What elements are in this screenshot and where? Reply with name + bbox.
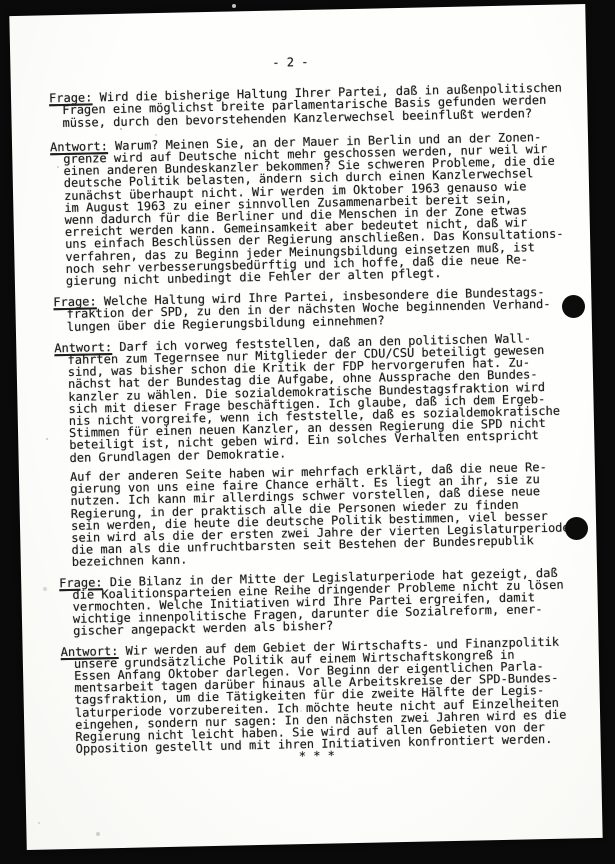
answer-text: Darf ich vorweg feststellen, daß an den …: [67, 331, 560, 465]
question-text: Welche Haltung wird Ihre Partei, insbeso…: [66, 285, 550, 333]
question-block-2: Frage: Welche Haltung wird Ihre Partei, …: [53, 285, 582, 333]
question-text: Die Bilanz in der Mitte der Legislaturpe…: [72, 565, 563, 638]
question-block-1: Frage: Wird die bisherige Haltung Ihrer …: [49, 81, 578, 129]
page-number: - 2 -: [26, 51, 554, 74]
question-block-3: Frage: Die Bilanz in der Mitte der Legis…: [59, 566, 588, 638]
answer-text: Auf der anderen Seite haben wir mehrfach…: [70, 460, 577, 569]
answer-block-3: Antwort: Wir werden auf dem Gebiet der W…: [61, 635, 591, 756]
scan-noise-specks: [0, 0, 2, 2]
scanned-page: - 2 - Frage: Wird die bisherige Haltung …: [9, 4, 602, 850]
punch-hole-mark: [565, 517, 588, 540]
answer-text: Wir werden auf dem Gebiet der Wirtschaft…: [74, 634, 567, 756]
question-text: Wird die bisherige Haltung Ihrer Partei,…: [62, 81, 562, 130]
answer-block-1: Antwort: Warum? Meinen Sie, an der Mauer…: [50, 130, 581, 287]
punch-hole-mark: [562, 295, 585, 318]
answer-block-2-continued: Auf der anderen Seite haben wir mehrfach…: [57, 460, 587, 569]
answer-block-2: Antwort: Darf ich vorweg feststellen, da…: [54, 331, 584, 464]
scan-frame: - 2 - Frage: Wird die bisherige Haltung …: [0, 0, 615, 864]
answer-text: Warum? Meinen Sie, an der Mauer in Berli…: [63, 130, 563, 288]
